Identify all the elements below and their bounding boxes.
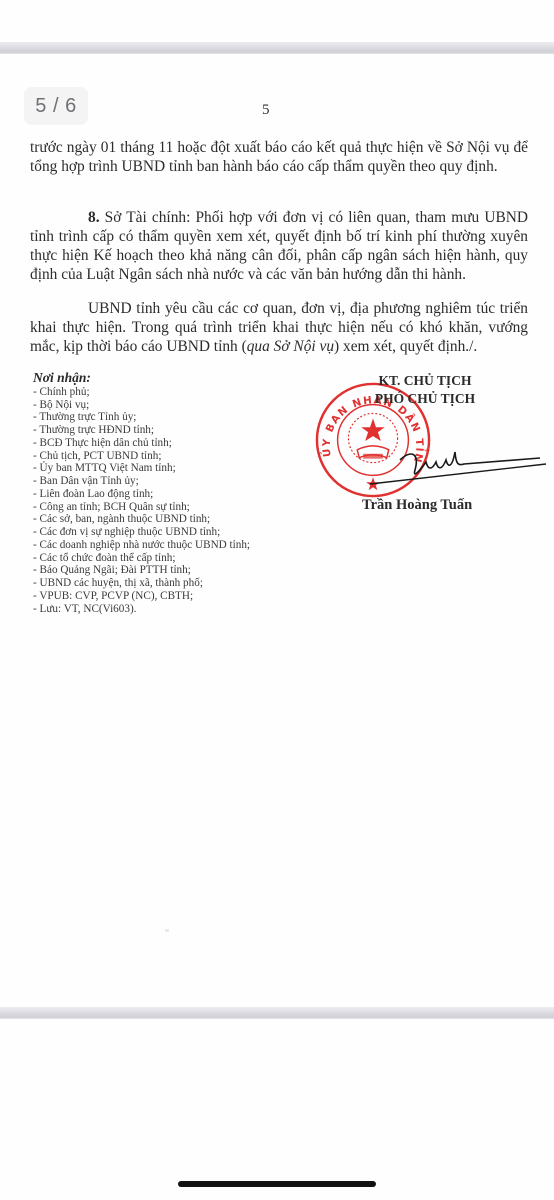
recipient-item: - Các doanh nghiệp nhà nước thuộc UBND t… <box>33 539 250 552</box>
recipient-item: - UBND các huyện, thị xã, thành phố; <box>33 577 250 590</box>
paragraph-item-8: 8. Sở Tài chính: Phối hợp với đơn vị có … <box>30 208 528 284</box>
recipient-item: - Báo Quảng Ngãi; Đài PTTH tỉnh; <box>33 564 250 577</box>
scan-speck <box>165 929 169 932</box>
recipient-item: - Công an tỉnh; BCH Quân sự tỉnh; <box>33 501 250 514</box>
recipient-item: - Chủ tịch, PCT UBND tỉnh; <box>33 450 250 463</box>
recipient-item: - Thường trực HĐND tỉnh; <box>33 424 250 437</box>
recipient-item: - Ủy ban MTTQ Việt Nam tỉnh; <box>33 462 250 475</box>
recipient-item: - Lưu: VT, NC(Vi603). <box>33 603 250 616</box>
recipient-item: - Chính phủ; <box>33 386 250 399</box>
home-indicator[interactable] <box>178 1181 376 1187</box>
signer-name: Trần Hoàng Tuấn <box>362 497 472 514</box>
recipient-item: - Liên đoàn Lao động tỉnh; <box>33 488 250 501</box>
recipient-item: - Ban Dân vận Tỉnh ủy; <box>33 475 250 488</box>
signature-title: KT. CHỦ TỊCH PHÓ CHỦ TỊCH <box>360 372 490 408</box>
handwritten-signature-icon <box>360 440 550 490</box>
item-text: Sở Tài chính: Phối hợp với đơn vị có liê… <box>30 209 528 283</box>
page-separator-bottom <box>0 1007 554 1019</box>
signature-title-line-2: PHÓ CHỦ TỊCH <box>360 390 490 408</box>
recipient-item: - Các sở, ban, ngành thuộc UBND tỉnh; <box>33 513 250 526</box>
page-number: 5 <box>262 102 270 119</box>
closing-italic: qua Sở Nội vụ <box>247 338 334 355</box>
signature-title-line-1: KT. CHỦ TỊCH <box>360 372 490 390</box>
recipient-item: - VPUB: CVP, PCVP (NC), CBTH; <box>33 590 250 603</box>
recipients-list: Nơi nhận: - Chính phủ;- Bộ Nội vụ;- Thườ… <box>33 372 250 615</box>
recipient-item: - BCĐ Thực hiện dân chủ tỉnh; <box>33 437 250 450</box>
closing-text-end: ) xem xét, quyết định./. <box>334 338 477 355</box>
recipient-item: - Các tổ chức đoàn thể cấp tỉnh; <box>33 552 250 565</box>
page-counter-badge: 5 / 6 <box>24 87 88 125</box>
recipient-item: - Bộ Nội vụ; <box>33 399 250 412</box>
page-separator-top <box>0 42 554 54</box>
recipients-title: Nơi nhận: <box>33 372 250 385</box>
item-number: 8. <box>88 209 100 226</box>
recipient-item: - Các đơn vị sự nghiệp thuộc UBND tỉnh; <box>33 526 250 539</box>
recipient-item: - Thường trực Tỉnh ủy; <box>33 411 250 424</box>
paragraph-closing: UBND tỉnh yêu cầu các cơ quan, đơn vị, đ… <box>30 299 528 356</box>
paragraph-continuation: trước ngày 01 tháng 11 hoặc đột xuất báo… <box>30 138 528 176</box>
